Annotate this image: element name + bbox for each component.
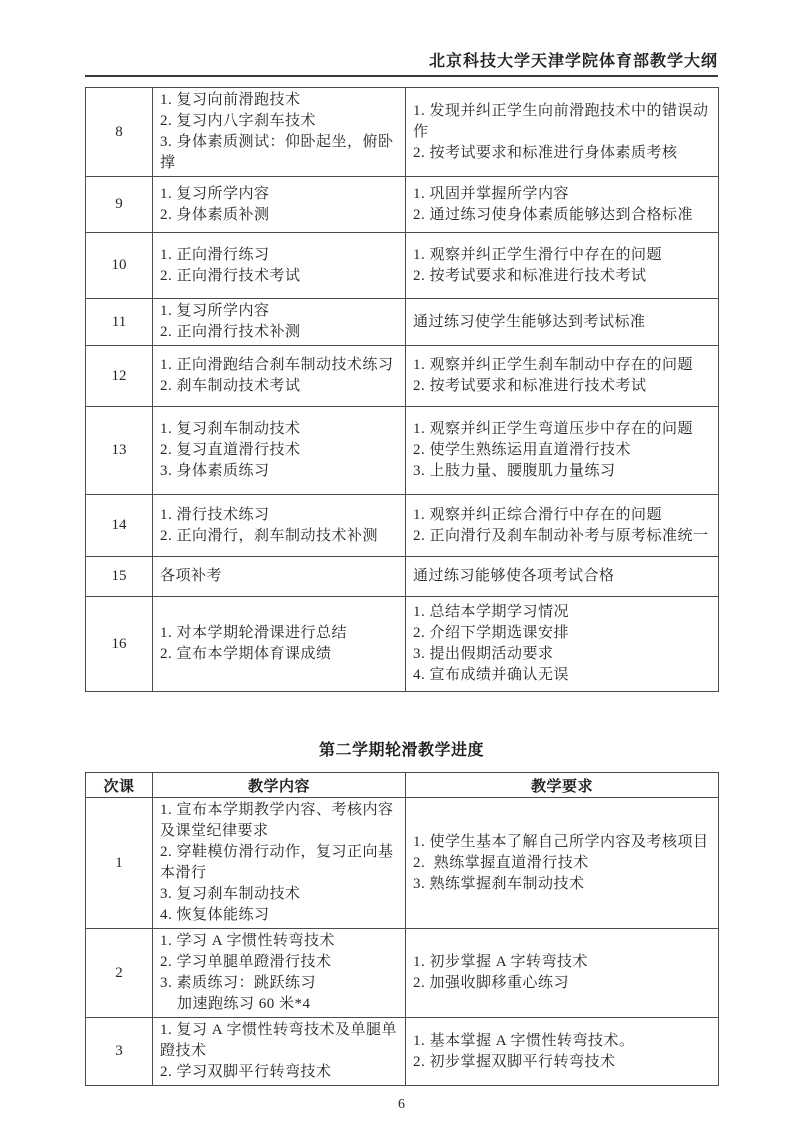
requirements-cell: 1. 发现并纠正学生向前滑跑技术中的错误动作2. 按考试要求和标准进行身体素质考… xyxy=(406,88,719,177)
schedule-row: 141. 滑行技术练习2. 正向滑行，刹车制动技术补测1. 观察并纠正综合滑行中… xyxy=(86,495,719,557)
cell-line: 1. 复习 A 字惯性转弯技术及单腿单蹬技术 xyxy=(160,1020,398,1062)
content-cell: 各项补考 xyxy=(153,557,406,597)
content-cell: 1. 复习刹车制动技术2. 复习直道滑行技术3. 身体素质练习 xyxy=(153,407,406,495)
cell-line: 2. 正向滑行，刹车制动技术补测 xyxy=(160,526,398,547)
cell-line: 1. 复习所学内容 xyxy=(160,184,398,205)
lesson-number-cell: 13 xyxy=(86,407,153,495)
cell-line: 1. 复习所学内容 xyxy=(160,301,398,322)
requirements-cell: 1. 初步掌握 A 字转弯技术2. 加强收脚移重心练习 xyxy=(406,929,719,1018)
content-cell: 1. 复习 A 字惯性转弯技术及单腿单蹬技术2. 学习双脚平行转弯技术 xyxy=(153,1018,406,1086)
cell-line: 1. 正向滑跑结合刹车制动技术练习 xyxy=(160,355,398,376)
lesson-number-cell: 8 xyxy=(86,88,153,177)
cell-line: 1. 观察并纠正学生刹车制动中存在的问题 xyxy=(413,355,711,376)
lesson-number-cell: 14 xyxy=(86,495,153,557)
schedule-row: 15各项补考通过练习能够使各项考试合格 xyxy=(86,557,719,597)
cell-line: 3. 身体素质测试：仰卧起坐，俯卧撑 xyxy=(160,132,398,174)
lesson-number-cell: 1 xyxy=(86,798,153,929)
cell-line: 2. 使学生熟练运用直道滑行技术 xyxy=(413,440,711,461)
lesson-number-cell: 2 xyxy=(86,929,153,1018)
col-header-requirements: 教学要求 xyxy=(406,773,719,798)
lesson-number-cell: 15 xyxy=(86,557,153,597)
cell-line: 3. 身体素质练习 xyxy=(160,461,398,482)
requirements-cell: 1. 观察并纠正学生滑行中存在的问题2. 按考试要求和标准进行技术考试 xyxy=(406,233,719,299)
page-number: 6 xyxy=(85,1097,718,1113)
content-cell: 1. 复习所学内容2. 正向滑行技术补测 xyxy=(153,299,406,346)
cell-line: 2. 按考试要求和标准进行技术考试 xyxy=(413,266,711,287)
content-cell: 1. 复习所学内容2. 身体素质补测 xyxy=(153,177,406,233)
cell-line: 1. 观察并纠正学生滑行中存在的问题 xyxy=(413,245,711,266)
cell-line: 2. 学习单腿单蹬滑行技术 xyxy=(160,952,398,973)
cell-line: 1. 观察并纠正学生弯道压步中存在的问题 xyxy=(413,419,711,440)
document-header: 北京科技大学天津学院体育部教学大纲 xyxy=(85,52,718,77)
cell-line: 2. 熟练掌握直道滑行技术 xyxy=(413,853,711,874)
requirements-cell: 1. 总结本学期学习情况2. 介绍下学期选课安排3. 提出假期活动要求4. 宣布… xyxy=(406,597,719,692)
cell-line: 3. 素质练习：跳跃练习 xyxy=(160,973,398,994)
content-cell: 1. 学习 A 字惯性转弯技术2. 学习单腿单蹬滑行技术3. 素质练习：跳跃练习… xyxy=(153,929,406,1018)
schedule-row: 11. 宣布本学期教学内容、考核内容及课堂纪律要求2. 穿鞋模仿滑行动作，复习正… xyxy=(86,798,719,929)
lesson-number-cell: 11 xyxy=(86,299,153,346)
content-cell: 1. 正向滑行练习2. 正向滑行技术考试 xyxy=(153,233,406,299)
cell-line: 加速跑练习 60 米*4 xyxy=(160,994,398,1015)
content-cell: 1. 复习向前滑跑技术2. 复习内八字刹车技术3. 身体素质测试：仰卧起坐，俯卧… xyxy=(153,88,406,177)
header-title: 北京科技大学天津学院体育部教学大纲 xyxy=(429,53,718,70)
schedule-row: 111. 复习所学内容2. 正向滑行技术补测通过练习使学生能够达到考试标准 xyxy=(86,299,719,346)
cell-line: 2. 刹车制动技术考试 xyxy=(160,376,398,397)
cell-line: 2. 正向滑行技术考试 xyxy=(160,266,398,287)
schedule-row: 21. 学习 A 字惯性转弯技术2. 学习单腿单蹬滑行技术3. 素质练习：跳跃练… xyxy=(86,929,719,1018)
cell-line: 1. 观察并纠正综合滑行中存在的问题 xyxy=(413,505,711,526)
col-header-content: 教学内容 xyxy=(153,773,406,798)
content-cell: 1. 宣布本学期教学内容、考核内容及课堂纪律要求2. 穿鞋模仿滑行动作，复习正向… xyxy=(153,798,406,929)
cell-line: 1. 正向滑行练习 xyxy=(160,245,398,266)
cell-line: 2. 加强收脚移重心练习 xyxy=(413,973,711,994)
cell-line: 1. 初步掌握 A 字转弯技术 xyxy=(413,952,711,973)
document-page: 北京科技大学天津学院体育部教学大纲 81. 复习向前滑跑技术2. 复习内八字刹车… xyxy=(0,0,800,1131)
cell-line: 1. 使学生基本了解自己所学内容及考核项目 xyxy=(413,832,711,853)
cell-line: 1. 基本掌握 A 字惯性转弯技术。 xyxy=(413,1031,711,1052)
requirements-cell: 1. 基本掌握 A 字惯性转弯技术。2. 初步掌握双脚平行转弯技术 xyxy=(406,1018,719,1086)
requirements-cell: 1. 观察并纠正学生刹车制动中存在的问题2. 按考试要求和标准进行技术考试 xyxy=(406,346,719,407)
cell-line: 1. 滑行技术练习 xyxy=(160,505,398,526)
cell-line: 2. 复习内八字刹车技术 xyxy=(160,111,398,132)
cell-line: 1. 巩固并掌握所学内容 xyxy=(413,184,711,205)
cell-line: 2. 学习双脚平行转弯技术 xyxy=(160,1062,398,1083)
cell-line: 1. 复习向前滑跑技术 xyxy=(160,90,398,111)
cell-line: 3. 上肢力量、腰腹肌力量练习 xyxy=(413,461,711,482)
cell-line: 3. 提出假期活动要求 xyxy=(413,644,711,665)
cell-line: 通过练习能够使各项考试合格 xyxy=(413,566,711,587)
cell-line: 2. 初步掌握双脚平行转弯技术 xyxy=(413,1052,711,1073)
schedule-row: 131. 复习刹车制动技术2. 复习直道滑行技术3. 身体素质练习1. 观察并纠… xyxy=(86,407,719,495)
cell-line: 2. 通过练习使身体素质能够达到合格标准 xyxy=(413,205,711,226)
cell-line: 3. 复习刹车制动技术 xyxy=(160,884,398,905)
lesson-number-cell: 16 xyxy=(86,597,153,692)
cell-line: 1. 发现并纠正学生向前滑跑技术中的错误动作 xyxy=(413,101,711,143)
content-cell: 1. 正向滑跑结合刹车制动技术练习2. 刹车制动技术考试 xyxy=(153,346,406,407)
requirements-cell: 通过练习能够使各项考试合格 xyxy=(406,557,719,597)
cell-line: 2. 正向滑行及刹车制动补考与原考标准统一 xyxy=(413,526,711,547)
cell-line: 1. 对本学期轮滑课进行总结 xyxy=(160,623,398,644)
requirements-cell: 1. 观察并纠正学生弯道压步中存在的问题2. 使学生熟练运用直道滑行技术3. 上… xyxy=(406,407,719,495)
content-cell: 1. 滑行技术练习2. 正向滑行，刹车制动技术补测 xyxy=(153,495,406,557)
requirements-cell: 通过练习使学生能够达到考试标准 xyxy=(406,299,719,346)
cell-line: 3. 熟练掌握刹车制动技术 xyxy=(413,874,711,895)
cell-line: 2. 复习直道滑行技术 xyxy=(160,440,398,461)
schedule-row: 121. 正向滑跑结合刹车制动技术练习2. 刹车制动技术考试1. 观察并纠正学生… xyxy=(86,346,719,407)
lesson-number-cell: 3 xyxy=(86,1018,153,1086)
cell-line: 2. 穿鞋模仿滑行动作，复习正向基本滑行 xyxy=(160,842,398,884)
cell-line: 1. 总结本学期学习情况 xyxy=(413,602,711,623)
cell-line: 1. 复习刹车制动技术 xyxy=(160,419,398,440)
cell-line: 通过练习使学生能够达到考试标准 xyxy=(413,312,711,333)
cell-line: 1. 学习 A 字惯性转弯技术 xyxy=(160,931,398,952)
schedule-row: 91. 复习所学内容2. 身体素质补测1. 巩固并掌握所学内容2. 通过练习使身… xyxy=(86,177,719,233)
schedule-row: 101. 正向滑行练习2. 正向滑行技术考试1. 观察并纠正学生滑行中存在的问题… xyxy=(86,233,719,299)
semester1-schedule-table: 81. 复习向前滑跑技术2. 复习内八字刹车技术3. 身体素质测试：仰卧起坐，俯… xyxy=(85,87,719,692)
schedule-row: 31. 复习 A 字惯性转弯技术及单腿单蹬技术2. 学习双脚平行转弯技术1. 基… xyxy=(86,1018,719,1086)
cell-line: 4. 恢复体能练习 xyxy=(160,905,398,926)
cell-line: 各项补考 xyxy=(160,566,398,587)
cell-line: 2. 身体素质补测 xyxy=(160,205,398,226)
schedule-row: 161. 对本学期轮滑课进行总结2. 宣布本学期体育课成绩1. 总结本学期学习情… xyxy=(86,597,719,692)
requirements-cell: 1. 观察并纠正综合滑行中存在的问题2. 正向滑行及刹车制动补考与原考标准统一 xyxy=(406,495,719,557)
requirements-cell: 1. 使学生基本了解自己所学内容及考核项目2. 熟练掌握直道滑行技术3. 熟练掌… xyxy=(406,798,719,929)
cell-line: 1. 宣布本学期教学内容、考核内容及课堂纪律要求 xyxy=(160,800,398,842)
cell-line: 2. 宣布本学期体育课成绩 xyxy=(160,644,398,665)
lesson-number-cell: 9 xyxy=(86,177,153,233)
semester2-title: 第二学期轮滑教学进度 xyxy=(85,740,718,762)
cell-line: 4. 宣布成绩并确认无误 xyxy=(413,665,711,686)
cell-line: 2. 按考试要求和标准进行技术考试 xyxy=(413,376,711,397)
col-header-lesson: 次课 xyxy=(86,773,153,798)
table-header-row: 次课 教学内容 教学要求 xyxy=(86,773,719,798)
schedule-row: 81. 复习向前滑跑技术2. 复习内八字刹车技术3. 身体素质测试：仰卧起坐，俯… xyxy=(86,88,719,177)
lesson-number-cell: 12 xyxy=(86,346,153,407)
cell-line: 2. 介绍下学期选课安排 xyxy=(413,623,711,644)
lesson-number-cell: 10 xyxy=(86,233,153,299)
content-cell: 1. 对本学期轮滑课进行总结2. 宣布本学期体育课成绩 xyxy=(153,597,406,692)
cell-line: 2. 正向滑行技术补测 xyxy=(160,322,398,343)
semester2-schedule-table: 次课 教学内容 教学要求 11. 宣布本学期教学内容、考核内容及课堂纪律要求2.… xyxy=(85,772,719,1086)
cell-line: 2. 按考试要求和标准进行身体素质考核 xyxy=(413,143,711,164)
requirements-cell: 1. 巩固并掌握所学内容2. 通过练习使身体素质能够达到合格标准 xyxy=(406,177,719,233)
